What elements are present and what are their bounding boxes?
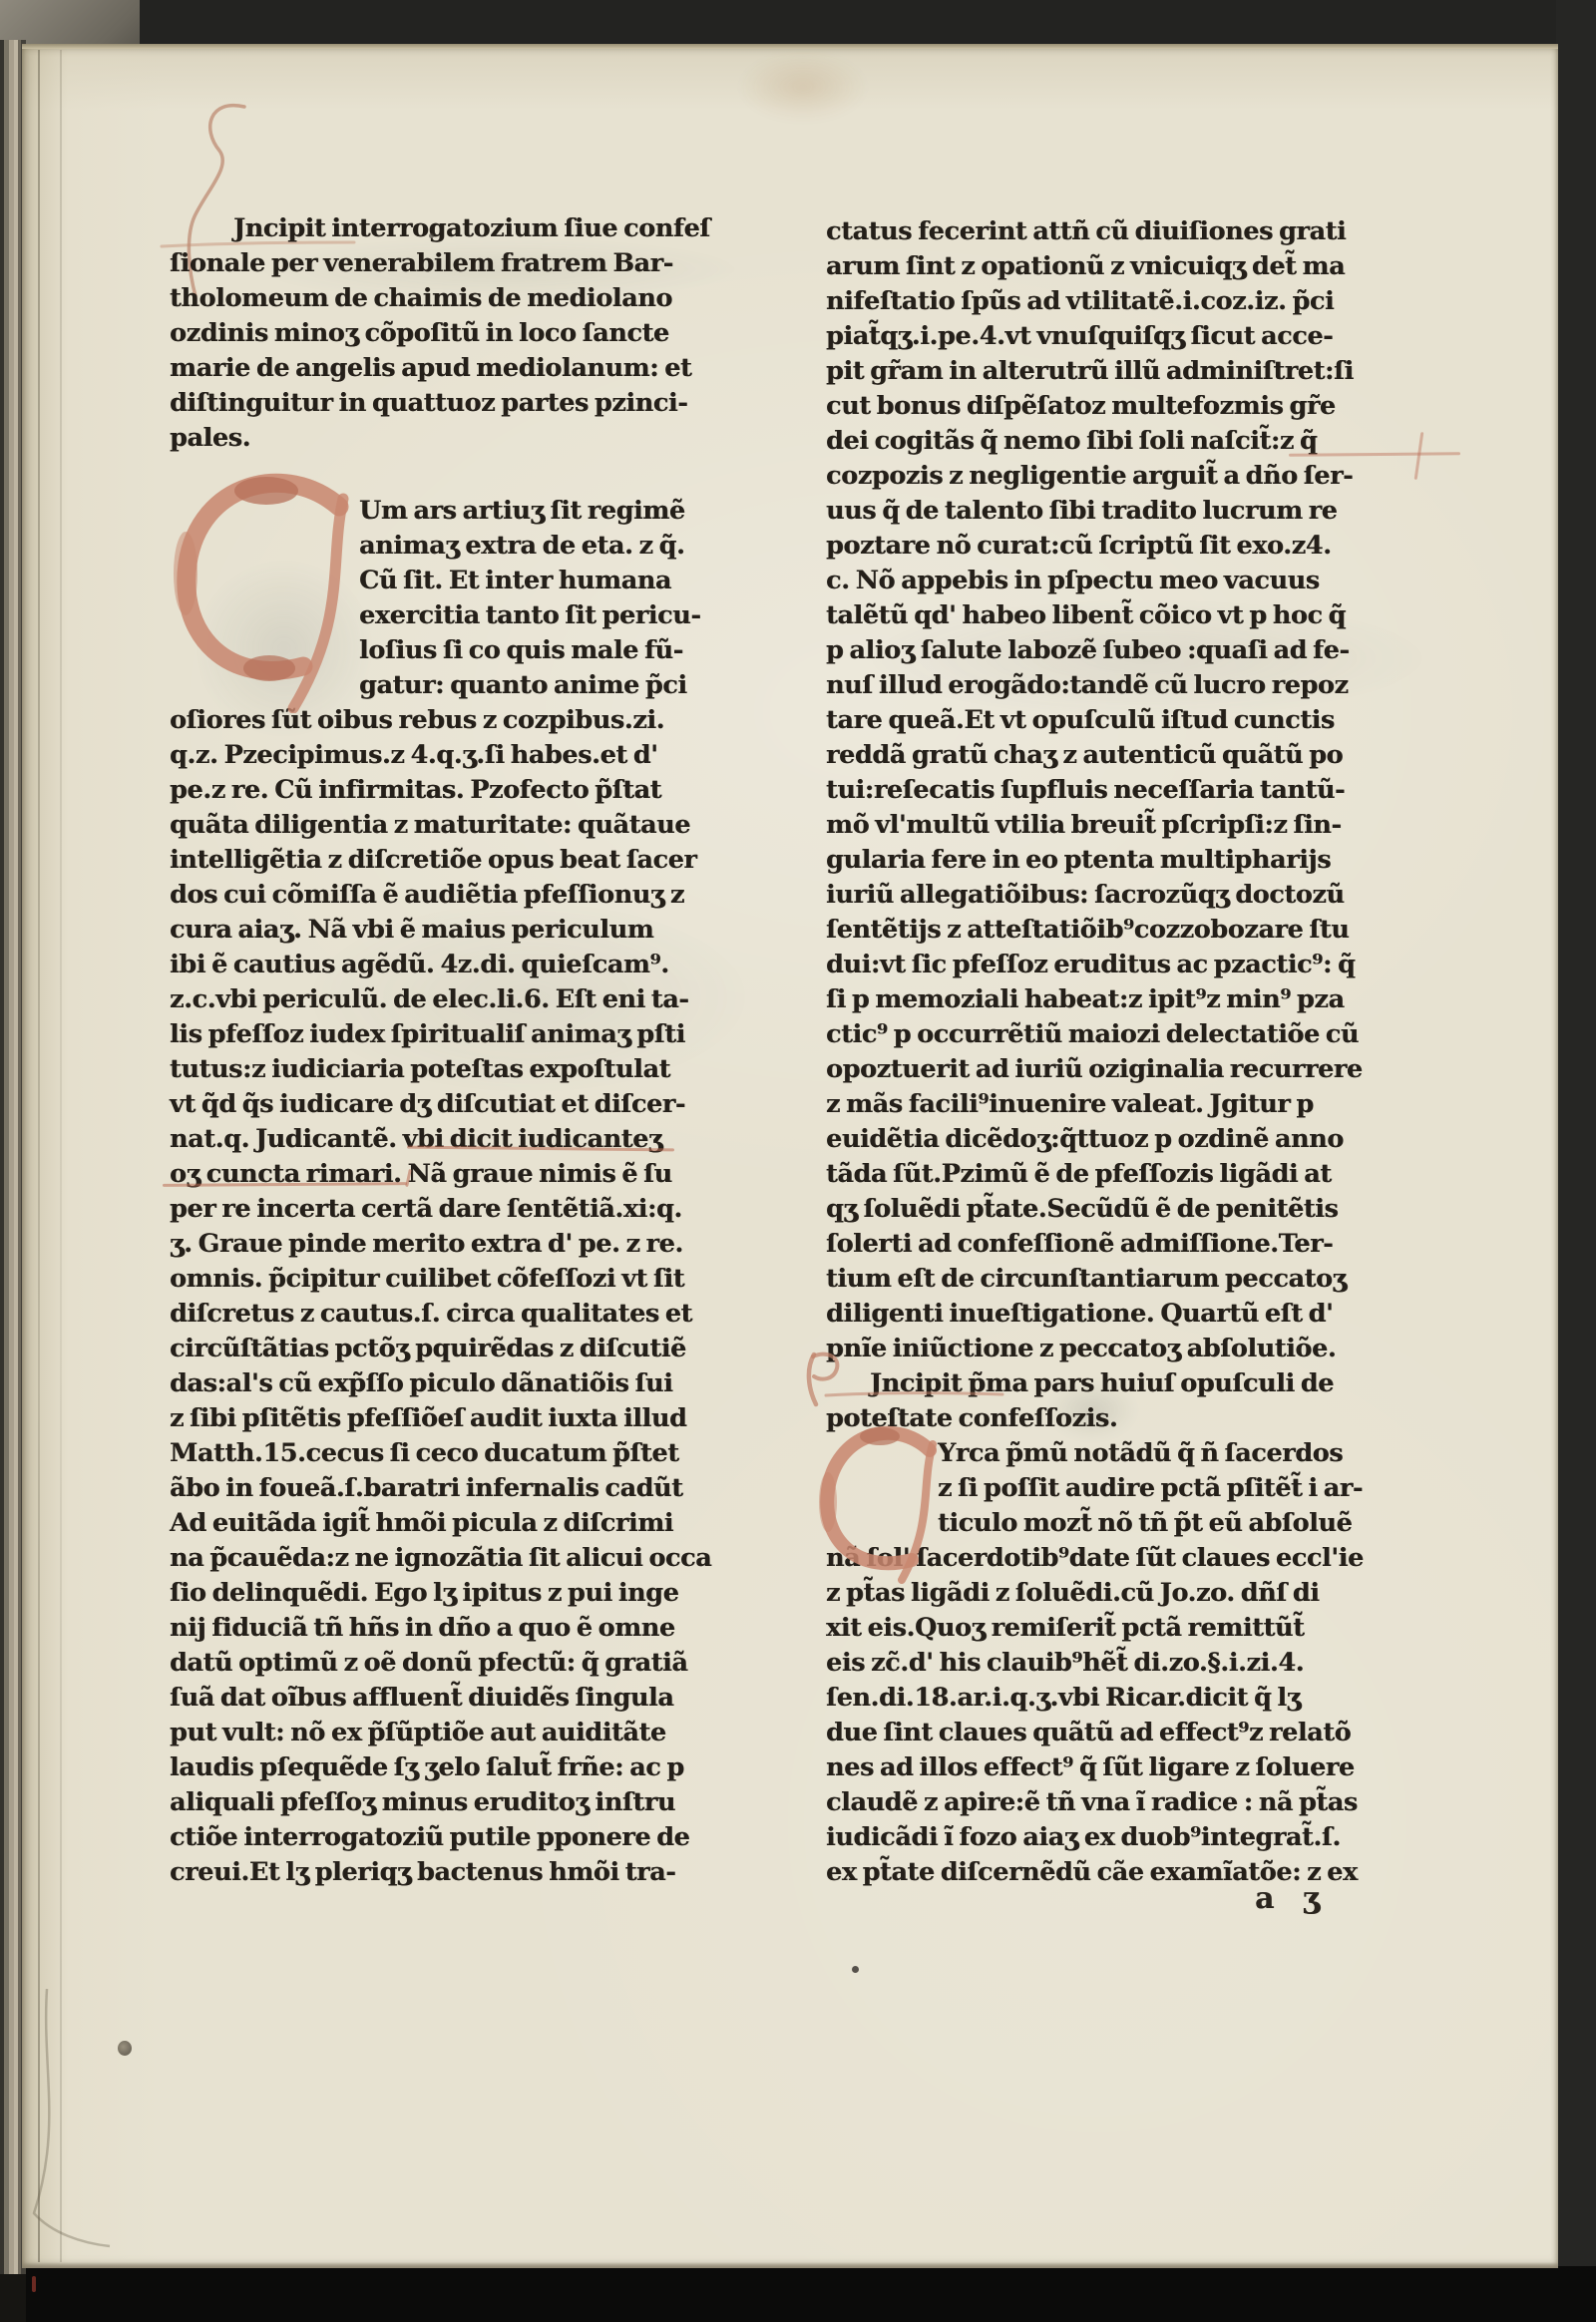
text-line: tare queã.Et vt opuſculũ iſtud cunctis xyxy=(826,703,1363,738)
text-line: mõ vl'multũ vtilia breuit̃ pſcripſi:z ſi… xyxy=(826,808,1363,843)
text-line: ſen.di.18.ar.i.q.ʒ.vbi Ricar.dicit q̃ lʒ xyxy=(826,1681,1364,1716)
text-line: gularia fere in eo ptenta multipharijs xyxy=(826,843,1363,878)
text-line: nat.q. Judicantẽ. vbi dicit iudicanteʒ xyxy=(170,1122,711,1157)
photo-background-bottom xyxy=(0,2266,1596,2322)
text-line: claudẽ z apire:ẽ tñ vna ĩ radice : nã pt… xyxy=(826,1785,1364,1820)
text-line: p alioʒ ſalute labozẽ ſubeo :quaſi ad fe… xyxy=(826,633,1363,668)
text-line: ſolerti ad confeſſionẽ admiſſione.Ter- xyxy=(826,1227,1363,1262)
drop-cap-initial-C xyxy=(818,1424,948,1584)
text-line: z ſi poſſit audire pctã pſitẽt̃ i ar- xyxy=(938,1471,1363,1506)
text-line: Cũ ſit. Et inter humana xyxy=(359,564,701,598)
text-line: dui:vt ſic pfeſſoz eruditus ac pzactic⁹:… xyxy=(826,948,1363,982)
page-wrinkle xyxy=(22,1989,112,2268)
ink-speck xyxy=(32,2276,36,2292)
text-line: ctiõe interrogatoziũ putile pponere de xyxy=(170,1820,711,1855)
text-line: pit gr̃am in alterutrũ illũ adminiſtret:… xyxy=(826,354,1363,389)
text-line: z.c.vbi periculũ. de elec.li.6. Eſt eni … xyxy=(170,982,711,1017)
text-line: ʒ. Graue pinde merito extra d' pe. z re. xyxy=(170,1227,711,1262)
text-line: nij fiduciã tñ hñs in dño a quo ẽ omne xyxy=(170,1611,711,1646)
right-column-body-top: ctatus fecerint attñ cũ diuiſiones grati… xyxy=(826,214,1363,1366)
text-line: qʒ ſoluẽdi pt̃ate.Secũdũ ẽ de penitẽtis xyxy=(826,1192,1363,1227)
text-line: z ſibi pſitẽtis pfeſſiõeſ audit iuxta il… xyxy=(170,1401,711,1436)
text-line: reddã gratũ chaʒ z autenticũ quãtũ po xyxy=(826,738,1363,773)
left-column-body: oſiores ſũt oibus rebus z cozpibus.zi.q.… xyxy=(170,703,711,1890)
text-line: q.z. Pzecipimus.z 4.q.ʒ.ſi habes.et d' xyxy=(170,738,711,773)
text-line: talẽtũ qd' habeo libent̃ cõico vt p hoc … xyxy=(826,598,1363,633)
text-line: tium eſt de circunſtantiarum peccatoʒ xyxy=(826,1262,1363,1297)
text-line: na p̃cauẽda:z ne ignozãtia ſit alicui oc… xyxy=(170,1541,711,1576)
text-line: Matth.15.cecus ſi ceco ducatum p̃ſtet xyxy=(170,1436,711,1471)
text-line: datũ optimũ z oẽ donũ pfectũ: q̃ gratiã xyxy=(170,1646,711,1681)
text-line: ctatus fecerint attñ cũ diuiſiones grati xyxy=(826,214,1363,249)
text-line: dei cogitãs q̃ nemo ſibi ſoli naſcit̃:z … xyxy=(826,424,1363,459)
rubric-pilcrow xyxy=(798,1349,1012,1408)
gutter-crease xyxy=(60,50,62,2262)
text-line: Um ars artiuʒ ſit regimẽ xyxy=(359,494,701,529)
wormhole xyxy=(118,2041,132,2056)
ink-speck xyxy=(852,1966,859,1973)
text-line: omnis. p̃cipitur cuilibet cõfeſſozi vt ſ… xyxy=(170,1262,711,1297)
text-line: c. Nõ appebis in pſpectu meo vacuus xyxy=(826,564,1363,598)
text-line: ozdinis minoʒ cõpoſitũ in loco ſancte xyxy=(170,316,710,351)
text-line: Jncipit interrogatozium ſiue confeſ xyxy=(170,211,710,246)
text-line: laudis pſequẽde ſʒ ʒelo ſalut̃ frñe: ac … xyxy=(170,1750,711,1785)
book-page: Jncipit interrogatozium ſiue confeſſiona… xyxy=(22,44,1558,2268)
text-line: ſi p memoziali habeat:z ipit⁹z min⁹ pza xyxy=(826,982,1363,1017)
text-line: z mãs facili⁹inuenire valeat. Jgitur p xyxy=(826,1087,1363,1122)
ink-speck xyxy=(429,233,434,238)
text-line: quãta diligentia z maturitate: quãtaue xyxy=(170,808,711,843)
drop-cap-initial-C xyxy=(172,469,366,713)
text-line: cozpozis z negligentie arguit̃ a dño ſer… xyxy=(826,459,1363,494)
text-line: iudicãdi ĩ fozo aiaʒ ex duob⁹integrat̃.ſ… xyxy=(826,1820,1364,1855)
text-line: xit eis.Quoʒ remiſerit̃ pctã remittũt̃ xyxy=(826,1611,1364,1646)
text-line: nes ad illos effect⁹ q̃ ſũt ligare z ſol… xyxy=(826,1750,1364,1785)
text-line: marie de angelis apud mediolanum: et xyxy=(170,351,710,386)
text-line: tãda ſũt.Pzimũ ẽ de pfeſſozis ligãdi at xyxy=(826,1157,1363,1192)
text-line: piat̃qʒ.i.pe.4.vt vnuſquiſqʒ ſicut acce- xyxy=(826,319,1363,354)
text-line: ticulo mozt̃ nõ tñ p̃t eũ abſoluẽ xyxy=(938,1506,1363,1541)
text-line: diſcretus z cautus.ſ. circa qualitates e… xyxy=(170,1297,711,1332)
text-line: das:al's cũ exp̃ſſo piculo dãnatiõis ſui xyxy=(170,1366,711,1401)
text-line: Ad euitãda igit̃ hmõi picula z diſcrimi xyxy=(170,1506,711,1541)
rubric-cross xyxy=(1289,452,1460,456)
text-line: ſio delinquẽdi. Ego lʒ ipitus z pui inge xyxy=(170,1576,711,1611)
text-line: creui.Et lʒ pleriqʒ bactenus hmõi tra- xyxy=(170,1855,711,1890)
rubric-cross xyxy=(1414,432,1423,480)
paper-stain xyxy=(738,52,868,122)
text-line: put vult: nõ ex p̃ſũptiõe aut auiditãte xyxy=(170,1716,711,1750)
text-line: pales. xyxy=(170,421,710,456)
text-line: oʒ cuncta rimari. Nã graue nimis ẽ ſu xyxy=(170,1157,711,1192)
left-column-heading: Jncipit interrogatozium ſiue confeſſiona… xyxy=(170,211,710,456)
text-line: diſtinguitur in quattuoz partes pzinci- xyxy=(170,386,710,421)
text-line: poztare nõ curat:cũ ſcriptũ ſit exo.z4. xyxy=(826,529,1363,564)
text-line: dos cui cõmiſſa ẽ audiẽtia pfeſſionuʒ z xyxy=(170,878,711,913)
text-line: uus q̃ de talento ſibi tradito lucrum re xyxy=(826,494,1363,529)
text-line: ibi ẽ cautius agẽdũ. 4z.di. quieſcam⁹. xyxy=(170,948,711,982)
text-line: pe.z re. Cũ infirmitas. Pzofecto p̃ſtat xyxy=(170,773,711,808)
text-line: arum ſint z opationũ z vnicuiqʒ det̃ ma xyxy=(826,249,1363,284)
text-line: iuriũ allegatiõibus: ſacrozũqʒ doctozũ xyxy=(826,878,1363,913)
text-line: eis zc̃.d' his clauib⁹hẽt̃ di.zo.§.i.zi.… xyxy=(826,1646,1364,1681)
text-line: intelligẽtia z diſcretiõe opus beat ſace… xyxy=(170,843,711,878)
text-line: nifeſtatio ſpũs ad vtilitatẽ.i.coz.iz. p… xyxy=(826,284,1363,319)
photo-background-top xyxy=(0,0,1596,46)
photo-background-right xyxy=(1556,0,1596,2322)
text-line: euidẽtia dicẽdoʒ:q̃ttuoz p ozdinẽ anno xyxy=(826,1122,1363,1157)
text-line: tutus:z iudiciaria poteſtas expoſtulat xyxy=(170,1052,711,1087)
text-line: loſius ſi co quis male fũ- xyxy=(359,633,701,668)
text-line: aliquali pfeſſoʒ minus eruditoʒ inſtru xyxy=(170,1785,711,1820)
signature-mark: a ʒ xyxy=(1255,1881,1320,1916)
text-line: cura aiaʒ. Nã vbi ẽ maius periculum xyxy=(170,913,711,948)
text-line: lis pfeſſoz iudex ſpiritualiſ animaʒ pſt… xyxy=(170,1017,711,1052)
text-line: tui:reſecatis ſupfluis neceſſaria tantũ- xyxy=(826,773,1363,808)
text-line: cut bonus diſpẽſatoz multefozmis gr̃e xyxy=(826,389,1363,424)
text-line: circũſtãtias pctõʒ pquirẽdas z diſcutiẽ xyxy=(170,1332,711,1366)
text-line: exercitia tanto ſit pericu- xyxy=(359,598,701,633)
text-line: diligenti inueſtigatione. Quartũ eſt d' xyxy=(826,1297,1363,1332)
text-line: Yrca p̃mũ notãdũ q̃ ñ ſacerdos xyxy=(938,1436,1363,1471)
text-line: ãbo in foueã.ſ.baratri infernalis cadũt xyxy=(170,1471,711,1506)
text-line: tholomeum de chaimis de mediolano xyxy=(170,281,710,316)
scanned-book-photo: Jncipit interrogatozium ſiue confeſſiona… xyxy=(0,0,1596,2322)
text-line: vt q̃d q̃s iudicare dʒ diſcutiat et diſc… xyxy=(170,1087,711,1122)
text-line: nuſ illud erogãdo:tandẽ cũ lucro repoz xyxy=(826,668,1363,703)
right-column-body-bottom: nã ſol' ſacerdotib⁹date ſũt claues eccl'… xyxy=(826,1541,1364,1890)
right-column-dropcap-lines: Yrca p̃mũ notãdũ q̃ ñ ſacerdosz ſi poſſi… xyxy=(938,1436,1363,1541)
text-line: ſuã dat oĩbus affluent̃ diuidẽs ſingula xyxy=(170,1681,711,1716)
text-line: gatur: quanto anime p̃ci xyxy=(359,668,701,703)
text-line: ſionale per venerabilem fratrem Bar- xyxy=(170,246,710,281)
gutter-crease xyxy=(38,50,40,2262)
left-column-dropcap-lines: Um ars artiuʒ ſit regimẽanimaʒ extra de … xyxy=(359,494,701,703)
text-line: animaʒ extra de eta. z q̃. xyxy=(359,529,701,564)
text-line: ſentẽtijs z atteſtatiõib⁹cozzobozare ſtu xyxy=(826,913,1363,948)
text-line: due ſint claues quãtũ ad effect⁹z relatõ xyxy=(826,1716,1364,1750)
text-line: ctic⁹ p occurrẽtiũ maiozi delectatiõe cũ xyxy=(826,1017,1363,1052)
text-line: per re incerta certã dare ſentẽtiã.xi:q. xyxy=(170,1192,711,1227)
text-line: opoztuerit ad iuriũ oziginalia recurrere xyxy=(826,1052,1363,1087)
